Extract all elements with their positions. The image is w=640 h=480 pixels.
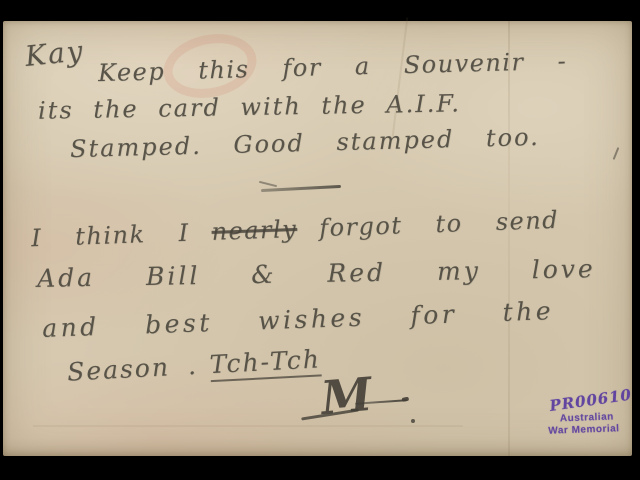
handwriting-line-1: Keep this for a Souvenir - (98, 47, 568, 87)
scan-viewport: Kay Keep this for a Souvenir - its the c… (0, 0, 640, 480)
letterbox-top (0, 0, 640, 21)
paper-crease-horizontal (33, 425, 463, 427)
scanned-note-paper: Kay Keep this for a Souvenir - its the c… (3, 21, 632, 456)
handwriting-line-3: Stamped. Good stamped too. (70, 123, 540, 163)
handwriting-line-7-start: Season . (66, 351, 198, 387)
handwriting-line-7-emphasis: Tch-Tch (209, 344, 322, 382)
archive-stamp-institution-line2: War Memorial (548, 423, 620, 436)
signature-period-dot (411, 419, 415, 423)
archive-reference-number: PR00610 (548, 386, 633, 415)
handwriting-line-5: Ada Bill & Red my love (37, 254, 596, 293)
handwriting-struck-word: nearly (211, 215, 298, 246)
stray-pen-mark (613, 147, 620, 160)
handwriting-line-4: I think Inearlyforgot to send (31, 206, 560, 252)
handwriting-line-4-before: I think I (31, 219, 190, 253)
archive-stamp-institution-line1: Australian (560, 411, 614, 424)
handwriting-salutation: Kay (23, 34, 86, 73)
section-divider-dash-fork (259, 181, 277, 187)
paper-crease-vertical (508, 21, 510, 456)
handwriting-line-7: Season .Tch-Tch (66, 344, 321, 386)
signature-initial: M (319, 367, 374, 425)
letterbox-bottom (0, 456, 640, 480)
handwriting-line-2: its the card with the A.I.F. (38, 89, 461, 124)
handwriting-line-4-after: forgot to send (319, 206, 560, 242)
handwriting-line-6: and best wishes for the (42, 296, 555, 343)
